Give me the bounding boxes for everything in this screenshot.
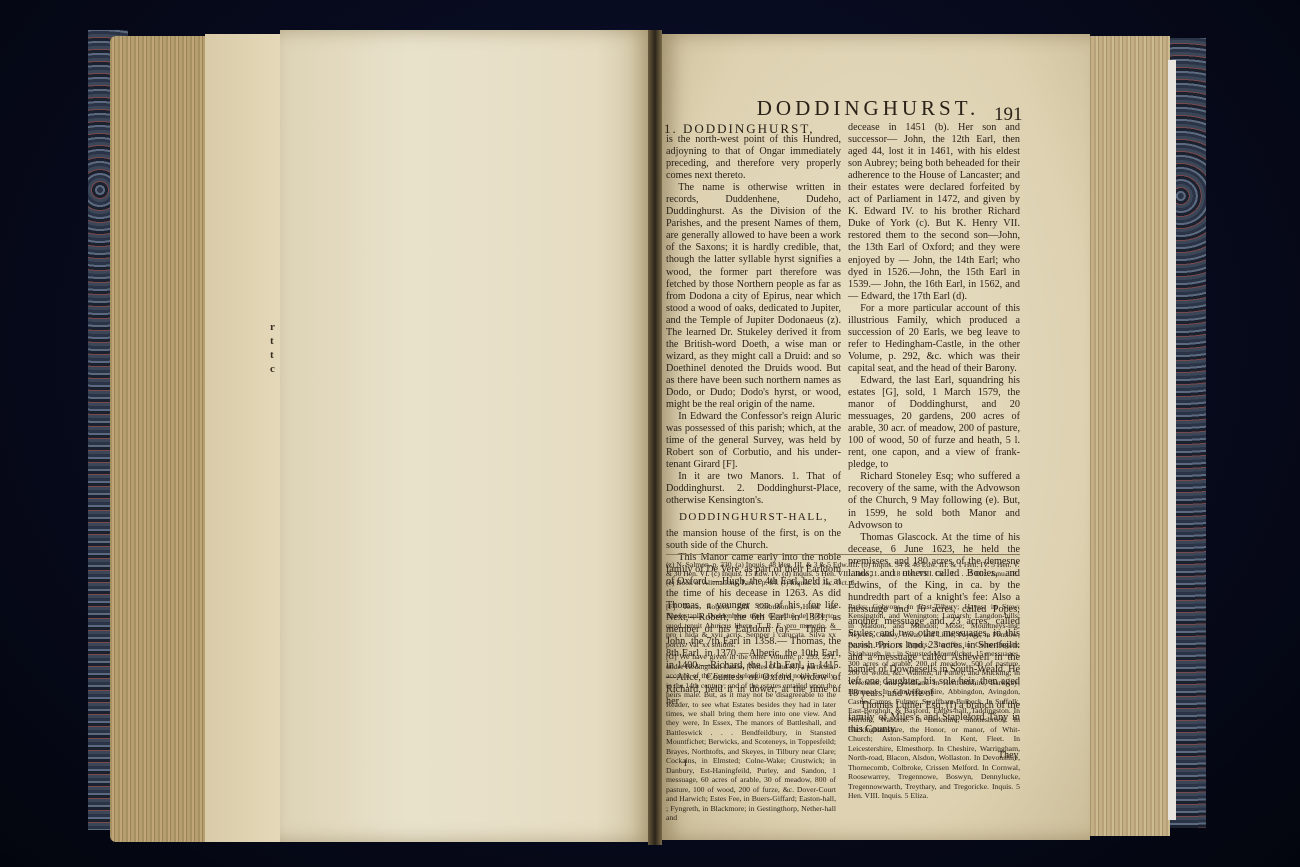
book-gutter (648, 30, 662, 845)
notes-column-right: Parks; Gobyons, in East-Tilbury; Hayes, … (848, 602, 1020, 801)
signature-mark: I (684, 758, 687, 768)
fragment-char: t (270, 348, 278, 362)
page-block-edge-right (1086, 36, 1170, 836)
left-page-blank (280, 30, 652, 842)
running-head: DODDINGHURST. (728, 96, 1008, 121)
fragment-char: c (270, 362, 278, 376)
note: [G] We have given in the other Volume, p… (666, 652, 836, 822)
paragraph: In it are two Manors. 1. That of Dodding… (666, 471, 841, 507)
right-page: DODDINGHURST. 191 1. DODDINGHURST, is th… (658, 34, 1090, 840)
left-margin-fragment: r t t c (270, 320, 278, 420)
footnotes: (z) N. Salmon, p. 330. (a) Inquis. 48 He… (666, 560, 1022, 588)
paragraph: In Edward the Confessor's reign Aluric w… (666, 411, 841, 471)
page-block-edge-left (110, 36, 220, 842)
subheading: DODDINGHURST-HALL, (666, 511, 841, 523)
paragraph: decease in 1451 (b). Her son and success… (848, 122, 1020, 303)
footnote-divider (666, 554, 1020, 555)
endpaper-edge (1168, 60, 1176, 820)
note: [F] Terra Roberti Filii Corbutionis. Hun… (666, 602, 836, 649)
paragraph: Edward, the last Earl, squandring his es… (848, 375, 1020, 471)
fragment-char: r (270, 320, 278, 334)
paragraph: For a more particular account of this il… (848, 303, 1020, 375)
fragment-char: t (270, 334, 278, 348)
paragraph: is the north-west point of this Hundred,… (666, 134, 841, 182)
catchword: They (998, 750, 1019, 761)
notes-column-left: [F] Terra Roberti Filii Corbutionis. Hun… (666, 602, 836, 822)
book-photograph: r t t c DODDINGHURST. 191 1. DODDINGHURS… (0, 0, 1300, 867)
paragraph: the mansion house of the first, is on th… (666, 528, 841, 552)
paragraph: The name is otherwise written in records… (666, 182, 841, 411)
paragraph: Richard Stoneley Esq; who suffered a rec… (848, 471, 1020, 531)
